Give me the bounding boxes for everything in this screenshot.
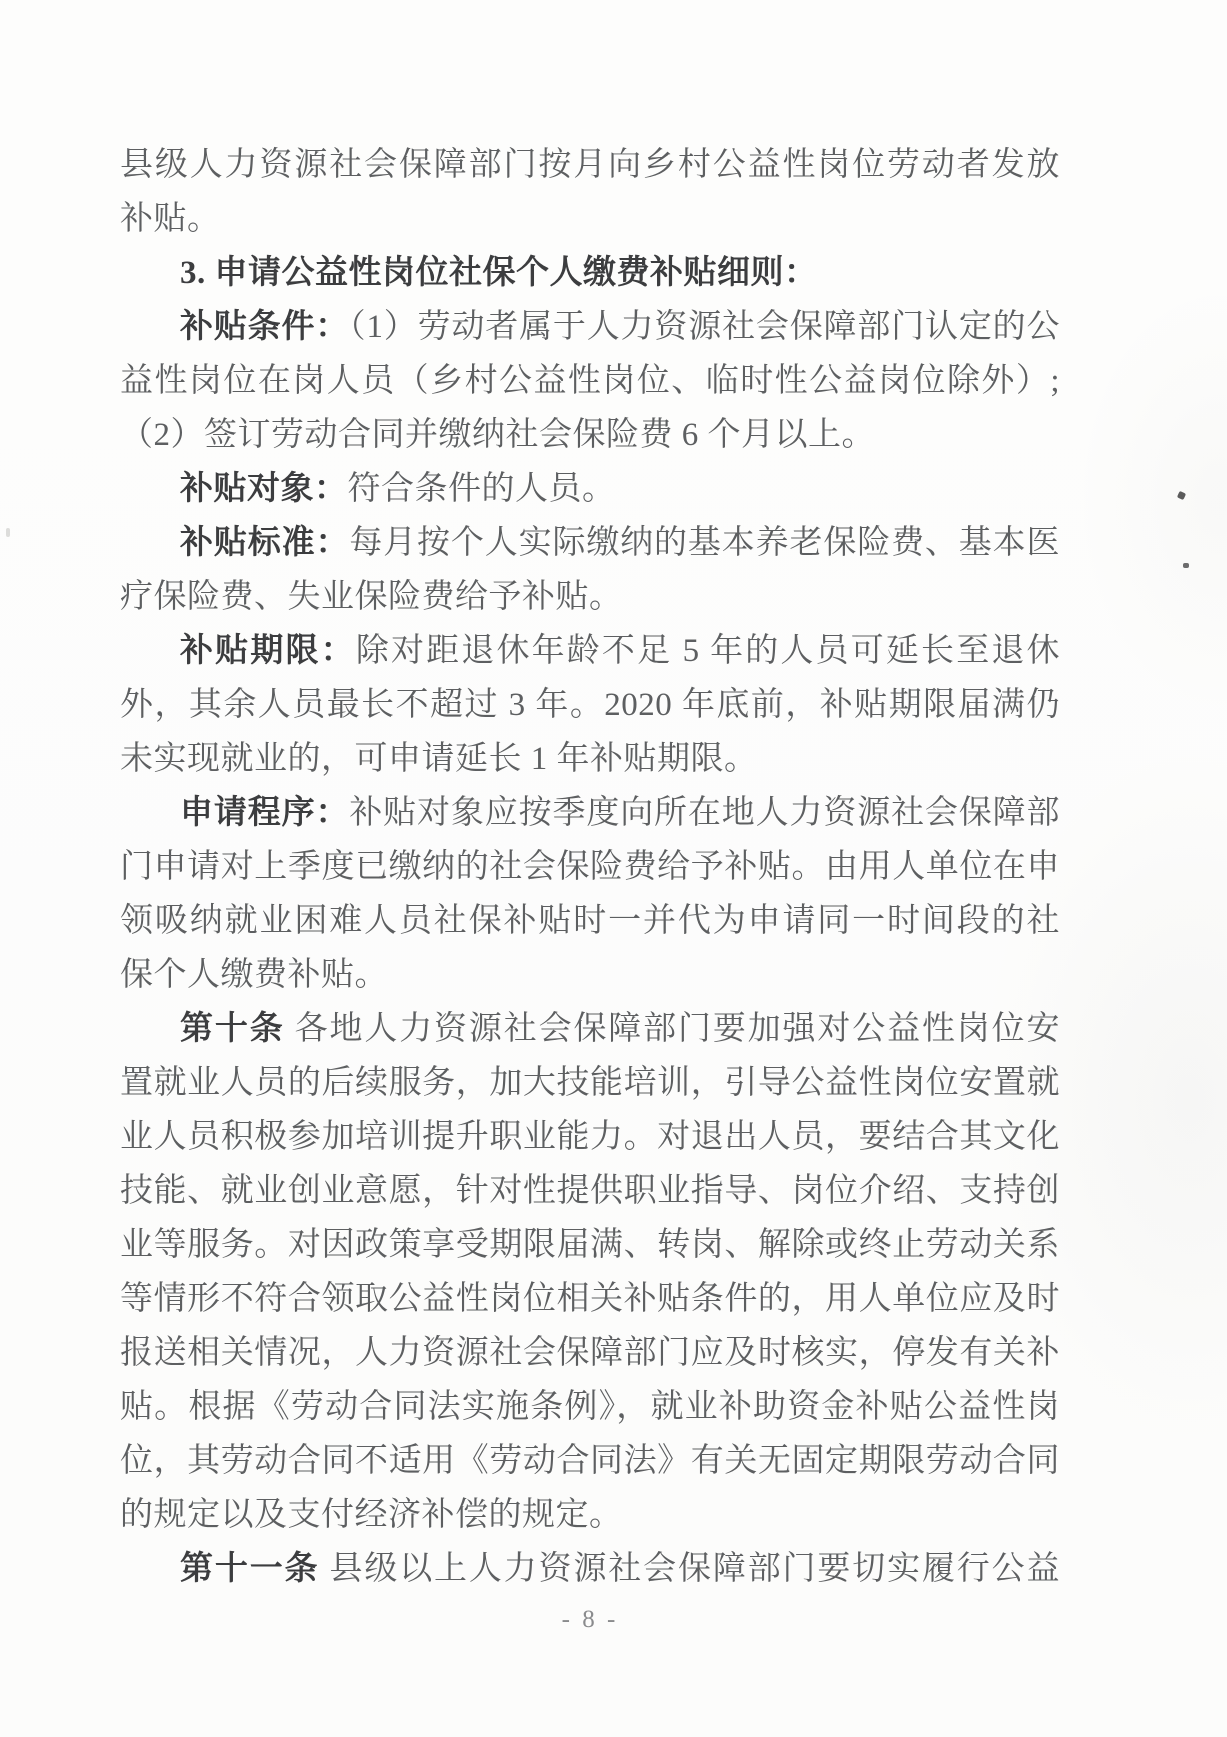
text-line: 技能、就业创业意愿，针对性提供职业指导、岗位介绍、支持创 — [120, 1164, 1060, 1218]
text-line: 申请程序：补贴对象应按季度向所在地人力资源社会保障部 — [120, 786, 1060, 840]
text-line: 未实现就业的，可申请延长 1 年补贴期限。 — [120, 732, 1060, 786]
text-line: 报送相关情况，人力资源社会保障部门应及时核实，停发有关补 — [120, 1326, 1060, 1380]
text-line: 的规定以及支付经济补偿的规定。 — [120, 1488, 1060, 1542]
text-segment: 报送相关情况，人力资源社会保障部门应及时核实，停发有关补 — [120, 1335, 1060, 1371]
text-line: 第十条 各地人力资源社会保障部门要加强对公益性岗位安 — [120, 1002, 1060, 1056]
text-line: 业人员积极参加培训提升职业能力。对退出人员，要结合其文化 — [120, 1110, 1060, 1164]
text-segment: 保个人缴费补贴。 — [120, 957, 388, 993]
text-segment: （2）签订劳动合同并缴纳社会保险费 6 个月以上。 — [120, 417, 875, 453]
text-segment: 补贴标准： — [180, 525, 349, 561]
text-line: 等情形不符合领取公益性岗位相关补贴条件的，用人单位应及时 — [120, 1272, 1060, 1326]
text-line: （2）签订劳动合同并缴纳社会保险费 6 个月以上。 — [120, 408, 1060, 462]
text-segment: 3. 申请公益性岗位社保个人缴费补贴细则： — [180, 255, 818, 291]
text-line: 补贴标准：每月按个人实际缴纳的基本养老保险费、基本医 — [120, 516, 1060, 570]
text-segment: 等情形不符合领取公益性岗位相关补贴条件的，用人单位应及时 — [120, 1281, 1060, 1317]
text-line: 位，其劳动合同不适用《劳动合同法》有关无固定期限劳动合同 — [120, 1434, 1060, 1488]
text-segment: 补贴对象应按季度向所在地人力资源社会保障部 — [349, 795, 1060, 831]
text-segment: 外，其余人员最长不超过 3 年。2020 年底前，补贴期限届满仍 — [120, 687, 1060, 723]
text-line: 疗保险费、失业保险费给予补贴。 — [120, 570, 1060, 624]
text-segment: 置就业人员的后续服务，加大技能培训，引导公益性岗位安置就 — [120, 1065, 1060, 1101]
document-text-block: 县级人力资源社会保障部门按月向乡村公益性岗位劳动者发放补贴。3. 申请公益性岗位… — [120, 138, 1060, 1596]
text-segment: 贴。根据《劳动合同法实施条例》，就业补助资金补贴公益性岗 — [120, 1389, 1060, 1425]
text-segment: 补贴对象： — [180, 471, 348, 507]
text-line: 保个人缴费补贴。 — [120, 948, 1060, 1002]
text-segment: 申请程序： — [180, 795, 349, 831]
text-segment: 技能、就业创业意愿，针对性提供职业指导、岗位介绍、支持创 — [120, 1173, 1060, 1209]
text-segment: 的规定以及支付经济补偿的规定。 — [120, 1497, 623, 1533]
scan-speck — [1183, 563, 1189, 568]
text-segment: 每月按个人实际缴纳的基本养老保险费、基本医 — [349, 525, 1060, 561]
text-segment: 补贴。 — [120, 201, 221, 237]
text-segment: 业等服务。对因政策享受期限届满、转岗、解除或终止劳动关系 — [120, 1227, 1060, 1263]
text-line: 领吸纳就业困难人员社保补贴时一并代为申请同一时间段的社 — [120, 894, 1060, 948]
text-line: 补贴条件：（1）劳动者属于人力资源社会保障部门认定的公 — [120, 300, 1060, 354]
text-line: 补贴。 — [120, 192, 1060, 246]
text-line: 3. 申请公益性岗位社保个人缴费补贴细则： — [120, 246, 1060, 300]
text-line: 第十一条 县级以上人力资源社会保障部门要切实履行公益 — [120, 1542, 1060, 1596]
text-segment: 除对距退休年龄不足 5 年的人员可延长至退休 — [356, 633, 1060, 669]
text-segment: 疗保险费、失业保险费给予补贴。 — [120, 579, 623, 615]
text-line: 补贴对象：符合条件的人员。 — [120, 462, 1060, 516]
text-line: 置就业人员的后续服务，加大技能培训，引导公益性岗位安置就 — [120, 1056, 1060, 1110]
text-segment: 补贴期限： — [180, 633, 356, 669]
text-segment: 各地人力资源社会保障部门要加强对公益性岗位安 — [285, 1011, 1060, 1047]
text-segment: 县级人力资源社会保障部门按月向乡村公益性岗位劳动者发放 — [120, 147, 1060, 183]
text-line: 益性岗位在岗人员（乡村公益性岗位、临时性公益岗位除外）; — [120, 354, 1060, 408]
text-line: 县级人力资源社会保障部门按月向乡村公益性岗位劳动者发放 — [120, 138, 1060, 192]
page-number: - 8 - — [120, 1606, 1060, 1634]
text-segment: 位，其劳动合同不适用《劳动合同法》有关无固定期限劳动合同 — [120, 1443, 1060, 1479]
text-segment: 补贴条件： — [180, 309, 349, 345]
text-line: 外，其余人员最长不超过 3 年。2020 年底前，补贴期限届满仍 — [120, 678, 1060, 732]
text-segment: 益性岗位在岗人员（乡村公益性岗位、临时性公益岗位除外）; — [120, 363, 1060, 399]
scan-speck — [6, 528, 10, 537]
text-line: 贴。根据《劳动合同法实施条例》，就业补助资金补贴公益性岗 — [120, 1380, 1060, 1434]
text-line: 补贴期限：除对距退休年龄不足 5 年的人员可延长至退休 — [120, 624, 1060, 678]
text-segment: 门申请对上季度已缴纳的社会保险费给予补贴。由用人单位在申 — [120, 849, 1060, 885]
text-segment: 业人员积极参加培训提升职业能力。对退出人员，要结合其文化 — [120, 1119, 1060, 1155]
text-segment: 未实现就业的，可申请延长 1 年补贴期限。 — [120, 741, 758, 777]
text-segment: 第十条 — [180, 1011, 285, 1047]
text-line: 业等服务。对因政策享受期限届满、转岗、解除或终止劳动关系 — [120, 1218, 1060, 1272]
text-segment: 领吸纳就业困难人员社保补贴时一并代为申请同一时间段的社 — [120, 903, 1060, 939]
text-line: 门申请对上季度已缴纳的社会保险费给予补贴。由用人单位在申 — [120, 840, 1060, 894]
text-segment: 第十一条 — [180, 1551, 319, 1587]
text-segment: 符合条件的人员。 — [348, 471, 616, 507]
text-segment: （1）劳动者属于人力资源社会保障部门认定的公 — [349, 309, 1060, 345]
text-segment: 县级以上人力资源社会保障部门要切实履行公益 — [319, 1551, 1060, 1587]
